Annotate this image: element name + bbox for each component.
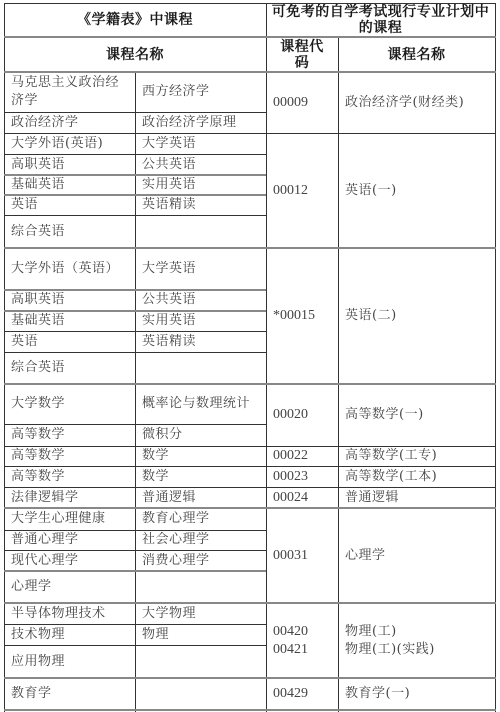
- border-h: [4, 602, 496, 604]
- border-h: [4, 709, 496, 711]
- header-course-code-text: 课程代码: [280, 39, 324, 71]
- row-cell-b: 大学英语: [135, 133, 266, 154]
- course-name-text: 普通逻辑: [345, 489, 399, 507]
- header-course-name-left-text: 课程名称: [106, 47, 164, 63]
- row-cell-a: 大学生心理健康: [4, 508, 135, 530]
- cell-text: 概率论与数理统计: [142, 395, 250, 413]
- row-cell-a: 普通心理学: [4, 530, 135, 550]
- cell-text: 实用英语: [142, 176, 196, 194]
- course-name: 物理(工) 物理(工)(实践): [338, 603, 495, 678]
- border-h-left: [4, 352, 266, 353]
- course-code-text: 00420: [273, 623, 308, 641]
- course-name-text: 物理(工): [345, 623, 435, 641]
- cell-text: 高等数学: [11, 447, 65, 465]
- row-cell-a: 大学数学: [4, 384, 135, 424]
- course-name-text: 教育学(一): [345, 685, 410, 703]
- row-cell-a: 高等数学: [4, 466, 135, 487]
- cell-text: 教育学: [11, 685, 52, 703]
- row-cell-a: 现代心理学: [4, 550, 135, 571]
- cell-text: 消费心理学: [142, 552, 210, 570]
- course-code-text: 00022: [273, 447, 308, 465]
- border-right: [495, 3, 496, 712]
- course-code-text: 00031: [273, 547, 308, 565]
- cell-text: 基础英语: [11, 176, 65, 194]
- header-course-name-right-text: 课程名称: [388, 47, 446, 63]
- border-h-left: [4, 424, 266, 425]
- border-h: [4, 383, 496, 385]
- course-code-text: 00012: [273, 182, 308, 200]
- border-h-left: [4, 310, 266, 312]
- course-name-text: 高等数学(工专): [345, 447, 437, 465]
- border-h: [4, 133, 496, 134]
- header-right-title-text: 可免考的自学考试现行专业计划中的课程: [270, 4, 491, 36]
- course-code-text: 00024: [273, 489, 308, 507]
- course-code: 00023: [266, 466, 338, 487]
- cell-text: 教育心理学: [142, 510, 210, 528]
- course-code-text: 00023: [273, 468, 308, 486]
- row-cell-b: 英语精读: [135, 331, 266, 352]
- course-code-text: 00020: [273, 406, 308, 424]
- row-cell-b: 微积分: [135, 424, 266, 446]
- cell-text: 马克思主义政治经济学: [11, 74, 128, 110]
- row-cell-b: 大学英语: [135, 248, 266, 290]
- course-name-text: 英语(二): [345, 307, 397, 325]
- course-code: 00420 00421: [266, 603, 338, 678]
- cell-text: 英语精读: [142, 333, 196, 351]
- row-cell-a: 心理学: [4, 571, 135, 603]
- header-course-name-left: 课程名称: [4, 37, 266, 72]
- row-cell-a: 大学外语（英语）: [4, 248, 135, 290]
- course-code: 00009: [266, 72, 338, 133]
- row-cell-b: 实用英语: [135, 310, 266, 331]
- row-cell-a: 高职英语: [4, 154, 135, 175]
- border-h: [4, 247, 496, 249]
- border-h-left: [4, 530, 266, 531]
- cell-text: 微积分: [142, 426, 183, 444]
- cell-text: 公共英语: [142, 291, 196, 309]
- border-left: [4, 3, 5, 712]
- border-h-left: [4, 645, 266, 646]
- border-top: [4, 3, 496, 4]
- cell-text: 高等数学: [11, 426, 65, 444]
- row-cell-b: 公共英语: [135, 290, 266, 310]
- header-right-title: 可免考的自学考试现行专业计划中的课程: [266, 3, 495, 37]
- course-name: 政治经济学(财经类): [338, 72, 495, 133]
- cell-text: 大学外语（英语）: [11, 260, 119, 278]
- course-name: 高等数学(工本): [338, 466, 495, 487]
- course-code: 00022: [266, 446, 338, 466]
- row-cell-a: 综合英语: [4, 215, 135, 248]
- header-left-title-text: 《学籍表》中课程: [77, 12, 193, 28]
- row-cell-a: 基础英语: [4, 175, 135, 195]
- cell-text: 应用物理: [11, 653, 65, 671]
- course-exemption-table: 《学籍表》中课程 可免考的自学考试现行专业计划中的课程 课程名称 课程代码 课程…: [0, 0, 500, 712]
- row-cell-a: 技术物理: [4, 624, 135, 645]
- course-code-lines: 00420 00421: [273, 623, 308, 659]
- course-name: 高等数学(一): [338, 384, 495, 446]
- row-cell-b: 实用英语: [135, 175, 266, 195]
- row-cell-b: 普通逻辑: [135, 487, 266, 508]
- border-h: [4, 677, 496, 679]
- course-code: 00429: [266, 678, 338, 710]
- course-name-text: 物理(工)(实践): [345, 641, 435, 659]
- cell-text: 综合英语: [11, 359, 65, 377]
- row-cell-a: 英语: [4, 331, 135, 352]
- course-name: 英语(二): [338, 248, 495, 384]
- cell-text: 心理学: [11, 578, 52, 596]
- course-code: 00024: [266, 487, 338, 508]
- row-cell-a: 应用物理: [4, 645, 135, 678]
- border-h-left: [4, 194, 266, 196]
- row-cell-a: 半导体物理技术: [4, 603, 135, 624]
- course-name: 心理学: [338, 508, 495, 603]
- cell-text: 现代心理学: [11, 552, 79, 570]
- course-code: 00031: [266, 508, 338, 603]
- cell-text: 大学英语: [142, 135, 196, 153]
- cell-text: 综合英语: [11, 223, 65, 241]
- course-code-text: 00429: [273, 685, 308, 703]
- cell-text: 公共英语: [142, 156, 196, 174]
- course-code: 00012: [266, 133, 338, 248]
- header-left-title: 《学籍表》中课程: [4, 3, 266, 37]
- cell-text: 普通心理学: [11, 531, 79, 549]
- cell-text: 英语: [11, 333, 38, 351]
- border-h-left: [4, 624, 266, 625]
- border-h-left: [4, 174, 266, 176]
- course-name-lines: 物理(工) 物理(工)(实践): [345, 623, 435, 659]
- border-h: [4, 446, 496, 447]
- row-cell-a: 教育学: [4, 678, 135, 710]
- border-h: [4, 466, 496, 467]
- cell-text: 大学英语: [142, 260, 196, 278]
- row-cell-b: 概率论与数理统计: [135, 384, 266, 424]
- row-cell-a: 马克思主义政治经济学: [4, 72, 135, 112]
- course-code: *00015: [266, 248, 338, 384]
- cell-text: 政治经济学: [11, 114, 79, 132]
- cell-text: 法律逻辑学: [11, 489, 79, 507]
- border-h-left: [4, 550, 266, 551]
- header-course-name-right: 课程名称: [338, 37, 495, 72]
- course-name: 英语(一): [338, 133, 495, 248]
- course-name: 普通逻辑: [338, 487, 495, 508]
- row-cell-b: 大学物理: [135, 603, 266, 624]
- cell-text: 物理: [142, 626, 169, 644]
- cell-text: 高职英语: [11, 291, 65, 309]
- course-name-text: 高等数学(工本): [345, 468, 437, 486]
- cell-text: 半导体物理技术: [11, 605, 106, 623]
- row-cell-b: [135, 571, 266, 603]
- border-h-left: [4, 570, 266, 572]
- course-code-text: 00009: [273, 94, 308, 112]
- cell-text: 数学: [142, 447, 169, 465]
- row-cell-b: 英语精读: [135, 195, 266, 215]
- cell-text: 数学: [142, 468, 169, 486]
- border-h: [4, 71, 496, 73]
- border-h: [4, 36, 496, 38]
- row-cell-b: 公共英语: [135, 154, 266, 175]
- border-col-ab: [135, 72, 136, 712]
- cell-text: 西方经济学: [142, 83, 210, 101]
- border-h: [4, 487, 496, 488]
- border-h: [4, 507, 496, 509]
- course-name: 教育学(一): [338, 678, 495, 710]
- course-name-text: 英语(一): [345, 182, 397, 200]
- course-name-text: 高等数学(一): [345, 406, 424, 424]
- cell-text: 大学生心理健康: [11, 510, 106, 528]
- row-cell-a: 基础英语: [4, 310, 135, 331]
- cell-text: 基础英语: [11, 312, 65, 330]
- row-cell-b: 物理: [135, 624, 266, 645]
- row-cell-b: [135, 678, 266, 710]
- cell-text: 政治经济学原理: [142, 114, 237, 132]
- course-name-text: 心理学: [345, 547, 386, 565]
- row-cell-b: [135, 645, 266, 678]
- border-h-left: [4, 331, 266, 332]
- cell-text: 英语精读: [142, 196, 196, 214]
- cell-text: 英语: [11, 196, 38, 214]
- cell-text: 高等数学: [11, 468, 65, 486]
- row-cell-b: [135, 215, 266, 248]
- row-cell-a: 法律逻辑学: [4, 487, 135, 508]
- course-name: 高等数学(工专): [338, 446, 495, 466]
- row-cell-b: 数学: [135, 466, 266, 487]
- row-cell-b: 政治经济学原理: [135, 112, 266, 133]
- row-cell-b: 数学: [135, 446, 266, 466]
- row-cell-b: 教育心理学: [135, 508, 266, 530]
- border-h-left: [4, 154, 266, 155]
- row-cell-b: 社会心理学: [135, 530, 266, 550]
- border-col-name: [338, 37, 339, 712]
- border-h-left: [4, 112, 266, 113]
- header-course-code: 课程代码: [266, 37, 338, 72]
- cell-text: 大学物理: [142, 605, 196, 623]
- row-cell-a: 大学外语(英语): [4, 133, 135, 154]
- cell-text: 社会心理学: [142, 531, 210, 549]
- row-cell-b: 西方经济学: [135, 72, 266, 112]
- course-code-text: *00015: [273, 307, 315, 325]
- border-h-left: [4, 215, 266, 216]
- cell-text: 技术物理: [11, 626, 65, 644]
- border-col-code: [266, 3, 267, 712]
- row-cell-a: 高等数学: [4, 446, 135, 466]
- row-cell-a: 高职英语: [4, 290, 135, 310]
- row-cell-b: 消费心理学: [135, 550, 266, 571]
- course-code-text: 00421: [273, 641, 308, 659]
- row-cell-a: 高等数学: [4, 424, 135, 446]
- cell-text: 大学外语(英语): [11, 135, 103, 153]
- cell-text: 实用英语: [142, 312, 196, 330]
- row-cell-a: 综合英语: [4, 352, 135, 384]
- course-code: 00020: [266, 384, 338, 446]
- border-h-left: [4, 289, 266, 291]
- cell-text: 大学数学: [11, 395, 65, 413]
- cell-text: 普通逻辑: [142, 489, 196, 507]
- row-cell-b: [135, 352, 266, 384]
- cell-text: 高职英语: [11, 156, 65, 174]
- course-name-text: 政治经济学(财经类): [345, 94, 464, 112]
- row-cell-a: 政治经济学: [4, 112, 135, 133]
- row-cell-a: 英语: [4, 195, 135, 215]
